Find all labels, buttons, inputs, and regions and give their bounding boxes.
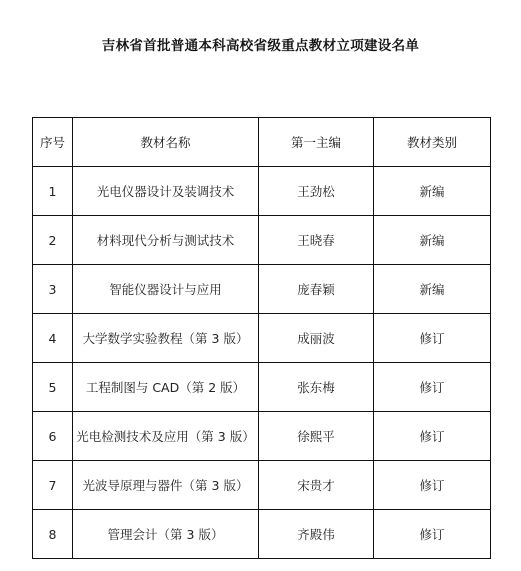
header-serial-number: 序号 <box>33 118 73 167</box>
cell-serial-number: 1 <box>33 167 73 216</box>
cell-textbook-name: 管理会计（第 3 版） <box>73 510 259 559</box>
cell-serial-number: 6 <box>33 412 73 461</box>
cell-chief-editor: 张东梅 <box>259 363 374 412</box>
cell-textbook-name: 光波导原理与器件（第 3 版） <box>73 461 259 510</box>
textbook-list-table: 序号 教材名称 第一主编 教材类别 1 光电仪器设计及装调技术 王劲松 新编 2… <box>32 117 491 559</box>
cell-textbook-name: 光电仪器设计及装调技术 <box>73 167 259 216</box>
header-chief-editor: 第一主编 <box>259 118 374 167</box>
cell-serial-number: 7 <box>33 461 73 510</box>
table-header-row: 序号 教材名称 第一主编 教材类别 <box>33 118 491 167</box>
cell-serial-number: 2 <box>33 216 73 265</box>
table-row: 4 大学数学实验教程（第 3 版） 成丽波 修订 <box>33 314 491 363</box>
cell-textbook-category: 修订 <box>374 363 491 412</box>
cell-serial-number: 5 <box>33 363 73 412</box>
cell-textbook-category: 新编 <box>374 216 491 265</box>
table-row: 6 光电检测技术及应用（第 3 版） 徐熙平 修订 <box>33 412 491 461</box>
table-row: 7 光波导原理与器件（第 3 版） 宋贵才 修订 <box>33 461 491 510</box>
document-title: 吉林省首批普通本科高校省级重点教材立项建设名单 <box>0 34 521 54</box>
table-row: 3 智能仪器设计与应用 庞春颖 新编 <box>33 265 491 314</box>
cell-chief-editor: 王劲松 <box>259 167 374 216</box>
cell-textbook-category: 修订 <box>374 510 491 559</box>
cell-textbook-category: 修订 <box>374 461 491 510</box>
cell-serial-number: 4 <box>33 314 73 363</box>
cell-textbook-category: 新编 <box>374 265 491 314</box>
cell-chief-editor: 王晓春 <box>259 216 374 265</box>
table-row: 2 材料现代分析与测试技术 王晓春 新编 <box>33 216 491 265</box>
header-textbook-name: 教材名称 <box>73 118 259 167</box>
header-textbook-category: 教材类别 <box>374 118 491 167</box>
cell-chief-editor: 徐熙平 <box>259 412 374 461</box>
cell-serial-number: 8 <box>33 510 73 559</box>
cell-textbook-name: 智能仪器设计与应用 <box>73 265 259 314</box>
cell-textbook-name: 工程制图与 CAD（第 2 版） <box>73 363 259 412</box>
table-row: 5 工程制图与 CAD（第 2 版） 张东梅 修订 <box>33 363 491 412</box>
cell-chief-editor: 庞春颖 <box>259 265 374 314</box>
table-row: 1 光电仪器设计及装调技术 王劲松 新编 <box>33 167 491 216</box>
cell-serial-number: 3 <box>33 265 73 314</box>
cell-textbook-name: 大学数学实验教程（第 3 版） <box>73 314 259 363</box>
cell-chief-editor: 齐殿伟 <box>259 510 374 559</box>
cell-textbook-name: 光电检测技术及应用（第 3 版） <box>73 412 259 461</box>
table-row: 8 管理会计（第 3 版） 齐殿伟 修订 <box>33 510 491 559</box>
cell-textbook-category: 修订 <box>374 314 491 363</box>
cell-chief-editor: 成丽波 <box>259 314 374 363</box>
cell-textbook-category: 修订 <box>374 412 491 461</box>
cell-chief-editor: 宋贵才 <box>259 461 374 510</box>
cell-textbook-name: 材料现代分析与测试技术 <box>73 216 259 265</box>
cell-textbook-category: 新编 <box>374 167 491 216</box>
